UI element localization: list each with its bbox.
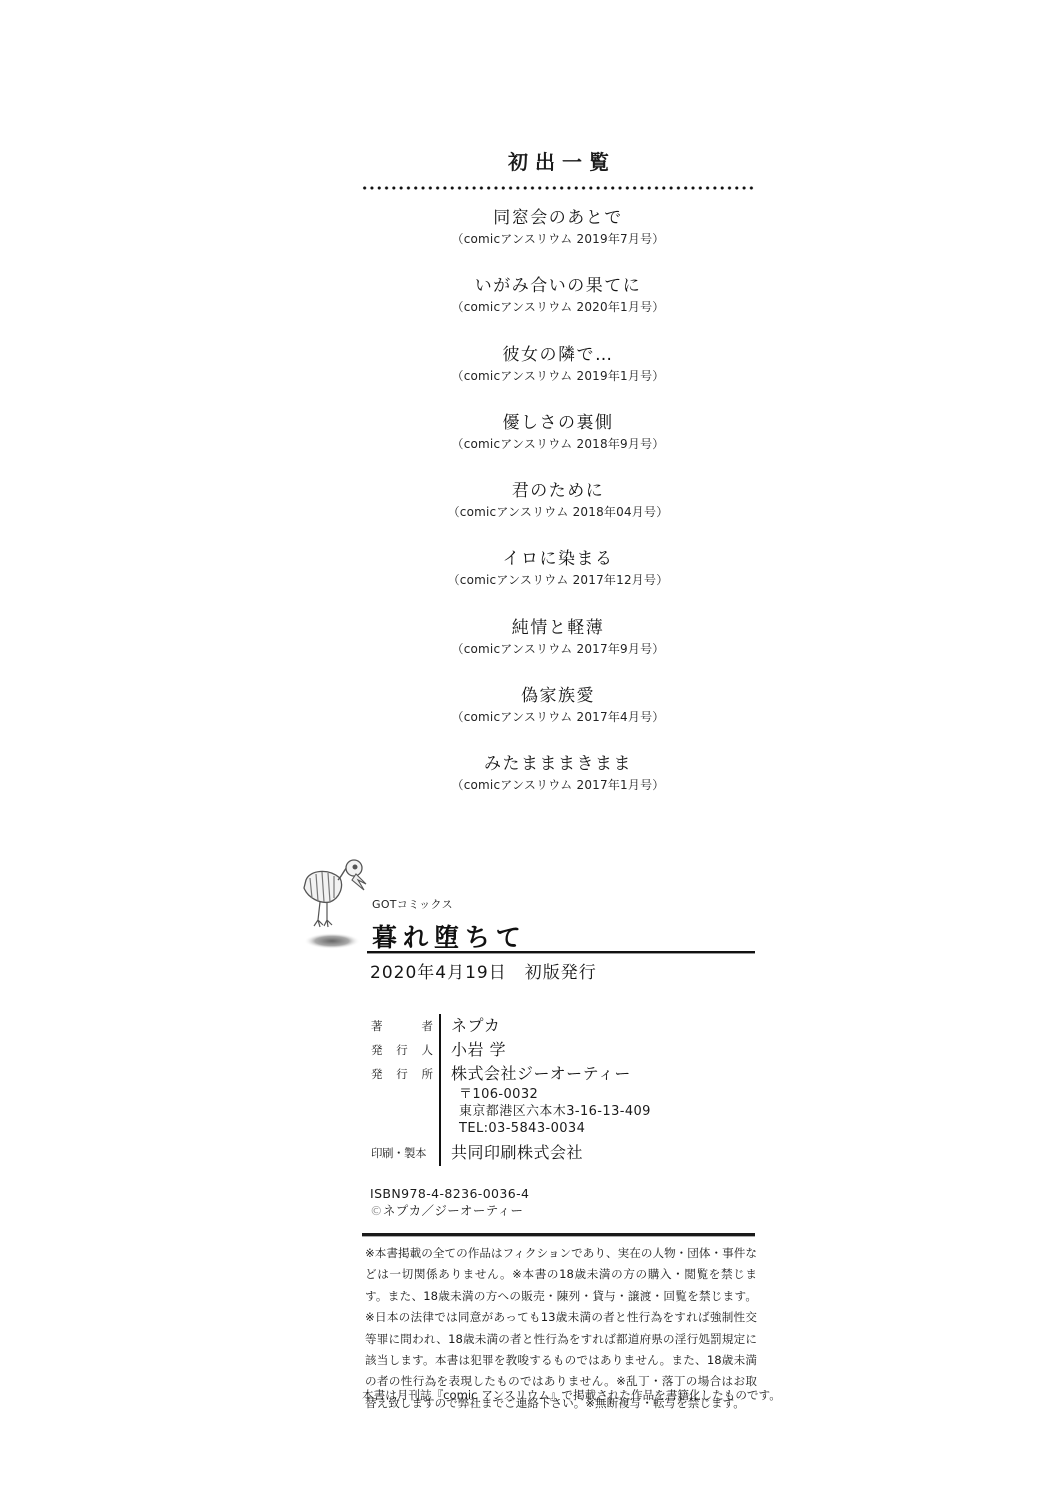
- story-list: 同窓会のあとで （comicアンスリウム 2019年7月号） いがみ合いの果てに…: [361, 206, 755, 821]
- credit-label: 発 行 所: [371, 1062, 437, 1086]
- first-appearance-list: 初出一覧 同窓会のあとで （comicアンスリウム 2019年7月号） いがみ合…: [361, 148, 755, 821]
- credit-label: 印刷・製本: [371, 1140, 437, 1166]
- credit-printer: 印刷・製本 共同印刷株式会社: [371, 1140, 761, 1166]
- isbn-block: ISBN978-4-8236-0036-4 ©ネプカ／ジーオーティー: [370, 1185, 529, 1219]
- copyright-line: ©ネプカ／ジーオーティー: [370, 1202, 529, 1219]
- isbn: ISBN978-4-8236-0036-4: [370, 1185, 529, 1202]
- title-divider: [367, 951, 755, 953]
- story-source: （comicアンスリウム 2017年1月号）: [361, 776, 755, 794]
- credit-issuer: 発 行 人 小岩 学: [371, 1038, 761, 1062]
- label-char: 著: [371, 1014, 383, 1038]
- story-item: 彼女の隣で… （comicアンスリウム 2019年1月号）: [361, 343, 755, 411]
- label-char: 発: [371, 1038, 383, 1062]
- story-item: 君のために （comicアンスリウム 2018年04月号）: [361, 479, 755, 547]
- copyright-icon: ©: [370, 1203, 383, 1218]
- publisher-postal-code: 〒106-0032: [451, 1086, 651, 1103]
- first-appearance-heading: 初出一覧: [369, 148, 755, 176]
- story-title: みたまままきまま: [361, 752, 755, 776]
- story-title: いがみ合いの果てに: [361, 274, 755, 298]
- label-char: 行: [396, 1062, 408, 1086]
- vertical-divider: [439, 1014, 441, 1038]
- bird-mascot-icon: [300, 858, 370, 958]
- label-char: 所: [422, 1062, 434, 1086]
- story-item: 優しさの裏側 （comicアンスリウム 2018年9月号）: [361, 411, 755, 479]
- label-char: 人: [422, 1038, 434, 1062]
- story-title: 君のために: [361, 479, 755, 503]
- story-source: （comicアンスリウム 2017年12月号）: [361, 571, 755, 589]
- story-title: 優しさの裏側: [361, 411, 755, 435]
- story-title: イロに染まる: [361, 547, 755, 571]
- credits-table: 著 者 ネプカ 発 行 人 小岩 学 発 行 所: [371, 1014, 761, 1166]
- publisher-tel: TEL:03-5843-0034: [451, 1120, 651, 1137]
- issuer-name: 小岩 学: [451, 1038, 506, 1062]
- vertical-divider: [439, 1062, 441, 1140]
- story-item: 偽家族愛 （comicアンスリウム 2017年4月号）: [361, 684, 755, 752]
- origin-note: 本書は月刊誌『comic アンスリウム』で掲載された作品を書籍化したものです。: [362, 1385, 762, 1405]
- publication-date: 2020年4月19日 初版発行: [370, 958, 597, 983]
- credit-label: 発 行 人: [371, 1038, 437, 1062]
- story-item: いがみ合いの果てに （comicアンスリウム 2020年1月号）: [361, 274, 755, 342]
- label-char: 発: [371, 1062, 383, 1086]
- publisher-details: 株式会社ジーオーティー 〒106-0032 東京都港区六本木3-16-13-40…: [451, 1062, 651, 1137]
- story-source: （comicアンスリウム 2019年7月号）: [361, 230, 755, 248]
- series-label: GOTコミックス: [372, 896, 453, 912]
- story-title: 同窓会のあとで: [361, 206, 755, 230]
- vertical-divider: [439, 1038, 441, 1062]
- book-title: 暮れ堕ちて: [372, 918, 527, 954]
- story-source: （comicアンスリウム 2018年9月号）: [361, 435, 755, 453]
- printer-name: 共同印刷株式会社: [451, 1140, 583, 1166]
- story-item: みたまままきまま （comicアンスリウム 2017年1月号）: [361, 752, 755, 820]
- story-title: 純情と軽薄: [361, 616, 755, 640]
- story-source: （comicアンスリウム 2019年1月号）: [361, 367, 755, 385]
- dotted-divider: [361, 186, 755, 190]
- label-char: 者: [422, 1014, 434, 1038]
- author-name: ネプカ: [451, 1014, 500, 1038]
- section-divider: [362, 1233, 755, 1236]
- story-source: （comicアンスリウム 2017年9月号）: [361, 640, 755, 658]
- vertical-divider: [439, 1140, 441, 1166]
- story-item: 同窓会のあとで （comicアンスリウム 2019年7月号）: [361, 206, 755, 274]
- credit-label: 著 者: [371, 1014, 437, 1038]
- story-item: 純情と軽薄 （comicアンスリウム 2017年9月号）: [361, 616, 755, 684]
- copyright-holders: ネプカ／ジーオーティー: [383, 1203, 524, 1218]
- publisher-address: 東京都港区六本木3-16-13-409: [451, 1103, 651, 1120]
- label-char: 行: [396, 1038, 408, 1062]
- story-source: （comicアンスリウム 2017年4月号）: [361, 708, 755, 726]
- credit-publisher: 発 行 所 株式会社ジーオーティー 〒106-0032 東京都港区六本木3-16…: [371, 1062, 761, 1140]
- story-item: イロに染まる （comicアンスリウム 2017年12月号）: [361, 547, 755, 615]
- story-title: 彼女の隣で…: [361, 343, 755, 367]
- story-title: 偽家族愛: [361, 684, 755, 708]
- colophon-page: 初出一覧 同窓会のあとで （comicアンスリウム 2019年7月号） いがみ合…: [0, 0, 1057, 1500]
- publisher-name: 株式会社ジーオーティー: [451, 1062, 651, 1086]
- story-source: （comicアンスリウム 2020年1月号）: [361, 298, 755, 316]
- credit-author: 著 者 ネプカ: [371, 1014, 761, 1038]
- story-source: （comicアンスリウム 2018年04月号）: [361, 503, 755, 521]
